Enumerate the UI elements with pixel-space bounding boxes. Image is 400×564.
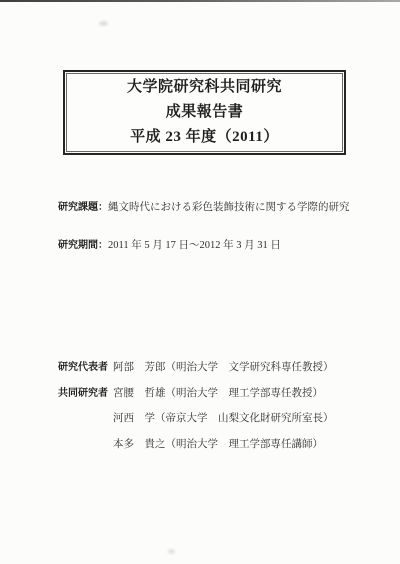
researcher-affiliation: （明治大学 理工学部専任講師） [166,438,324,451]
report-fiscal-year: 平成 23 年度（2011） [130,130,279,145]
scan-smudge-artifact [99,21,108,26]
researcher-affiliation: （明治大学 理工学部専任教授） [166,387,324,400]
researcher-role-label: 共同研究者 [58,387,113,400]
research-title-row: 研究課題：縄文時代における彩色装飾技術に関する学際的研究 [58,201,350,214]
title-box-inner-border: 大学院研究科共同研究 成果報告書 平成 23 年度（2011） [66,73,343,152]
researcher-name: 阿部 芳郎 [113,361,166,374]
scan-edge-artifact [0,0,400,2]
researcher-affiliation: （明治大学 文学研究科専任教授） [166,361,334,374]
researcher-list: 研究代表者 阿部 芳郎 （明治大学 文学研究科専任教授） 共同研究者 宮腰 哲雄… [58,361,334,463]
researcher-name: 宮腰 哲雄 [113,387,166,400]
researcher-row: 研究代表者 阿部 芳郎 （明治大学 文学研究科専任教授） [58,361,334,374]
report-type-title: 成果報告書 [166,105,244,120]
report-cover-page: 大学院研究科共同研究 成果報告書 平成 23 年度（2011） 研究課題：縄文時… [0,0,400,564]
research-period-row: 研究期間：2011 年 5 月 17 日～2012 年 3 月 31 日 [58,239,281,252]
research-period-label: 研究期間： [58,240,108,251]
research-title-label: 研究課題： [58,202,108,213]
researcher-affiliation: （帝京大学 山梨文化財研究所室長） [155,412,334,425]
researcher-name: 本多 貴之 [113,438,166,451]
researcher-row: 共同研究者 宮腰 哲雄 （明治大学 理工学部専任教授） [58,387,334,400]
title-box: 大学院研究科共同研究 成果報告書 平成 23 年度（2011） [63,70,346,155]
research-title-value: 縄文時代における彩色装飾技術に関する学際的研究 [108,202,350,213]
scan-smudge-artifact [168,549,175,554]
research-period-value: 2011 年 5 月 17 日～2012 年 3 月 31 日 [108,240,281,251]
report-series-title: 大学院研究科共同研究 [127,80,282,95]
researcher-row: 河西 学 （帝京大学 山梨文化財研究所室長） [58,412,334,425]
researcher-role-label: 研究代表者 [58,361,113,374]
researcher-row: 本多 貴之 （明治大学 理工学部専任講師） [58,438,334,451]
researcher-name: 河西 学 [113,412,155,425]
